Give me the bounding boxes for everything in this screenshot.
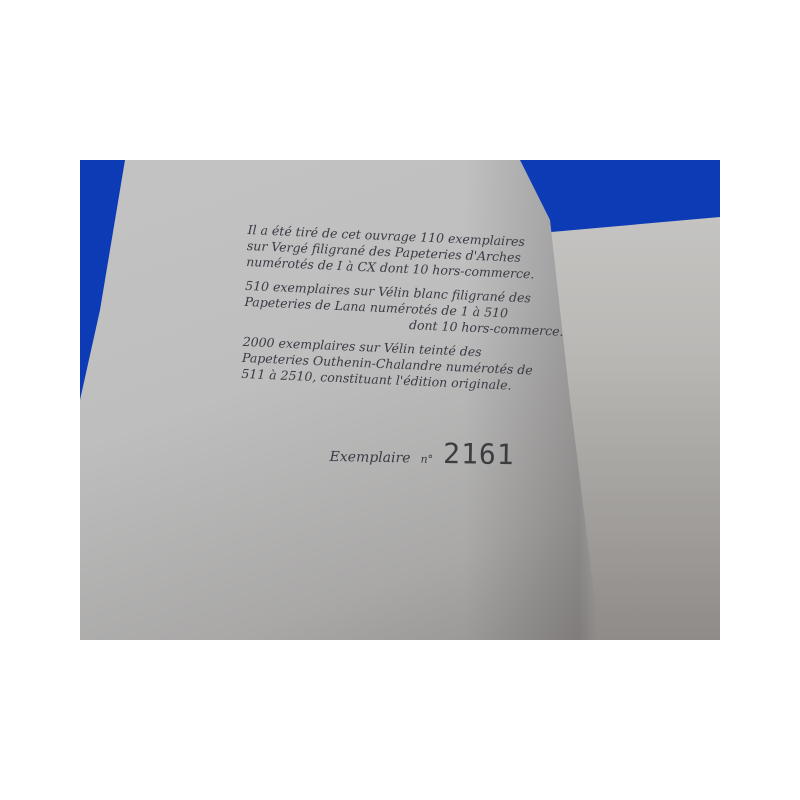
copy-number-line: Exemplaire n° 2161 [329,435,515,471]
print-run-statement: Il a été tiré de cet ouvrage 110 exempla… [241,222,568,404]
book-photo: Il a été tiré de cet ouvrage 110 exempla… [80,160,720,640]
paragraph-velin-blanc: 510 exemplaires sur Vélin blanc filigran… [243,278,565,340]
copy-number: 2161 [443,437,515,471]
paragraph-velin-teinte: 2000 exemplaires sur Vélin teinté des Pa… [241,334,563,396]
copy-label: Exemplaire [329,449,410,466]
number-sign: n° [420,453,433,466]
